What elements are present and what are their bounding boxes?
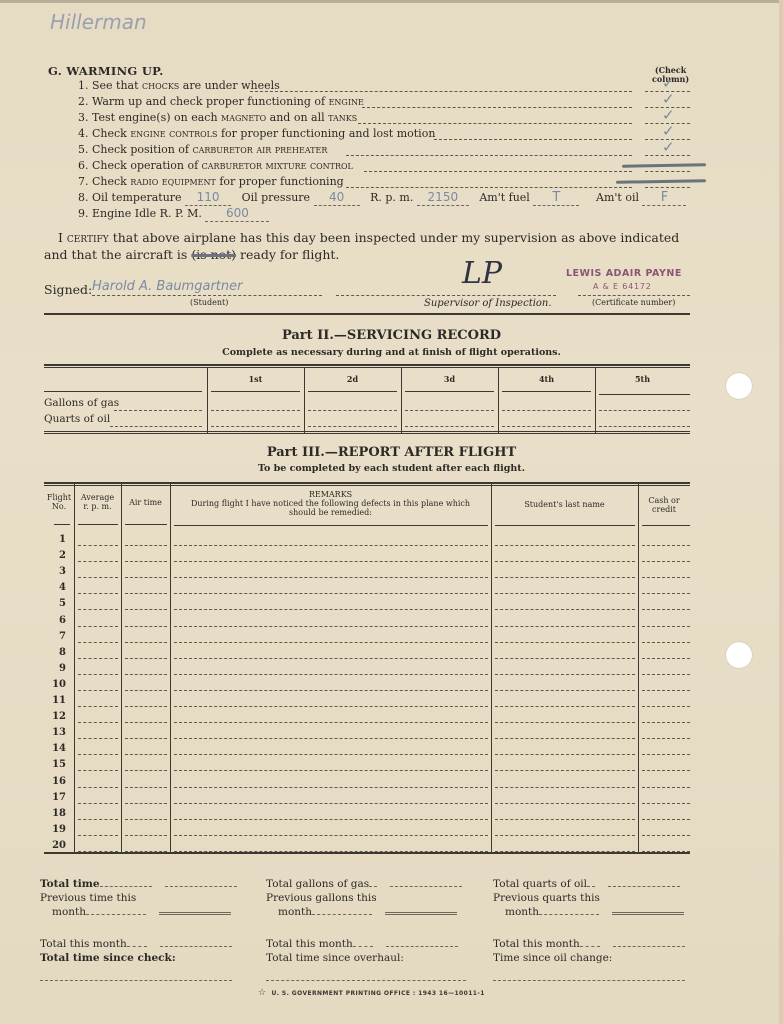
- remarks-field[interactable]: [174, 738, 488, 739]
- student-name-field[interactable]: [495, 787, 635, 788]
- supervisor-signature-line: [336, 295, 556, 296]
- student-caption: (Student): [190, 298, 228, 307]
- remarks-field[interactable]: [174, 835, 488, 836]
- remarks-title: REMARKS: [170, 490, 491, 499]
- student-name-field[interactable]: [495, 770, 635, 771]
- total-oil-label: Total quarts of oil: [493, 878, 587, 890]
- item-text: Check position of: [92, 143, 193, 156]
- total-time-field[interactable]: [165, 886, 237, 887]
- cash-credit-field[interactable]: [642, 690, 690, 691]
- remarks-field[interactable]: [174, 819, 488, 820]
- avg-rpm-field[interactable]: [78, 706, 118, 707]
- header-line: Flight: [44, 493, 74, 502]
- avg-rpm-field[interactable]: [78, 609, 118, 610]
- remarks-field[interactable]: [174, 561, 488, 562]
- header-underline: [495, 525, 635, 526]
- leader: [312, 914, 372, 915]
- footer-text: U. S. GOVERNMENT PRINTING OFFICE : 1943 …: [271, 990, 484, 997]
- item-number: 3.: [78, 111, 89, 124]
- column-header-1st: 1st: [207, 374, 304, 384]
- total-gas-field[interactable]: [390, 886, 462, 887]
- idle-rpm-field[interactable]: 600: [205, 206, 269, 222]
- oil-3d-field[interactable]: [405, 426, 494, 427]
- item-number: 9.: [78, 207, 89, 220]
- checklist-item-4: 4. Check engine controls for proper func…: [78, 126, 435, 141]
- certify-keyword: certify: [67, 230, 109, 245]
- idle-rpm-label: Engine Idle R. P. M.: [92, 207, 202, 220]
- previous-gas-field[interactable]: [385, 912, 457, 915]
- certificate-caption: (Certificate number): [592, 298, 675, 307]
- cash-credit-field[interactable]: [642, 738, 690, 739]
- leader: [369, 886, 377, 887]
- avg-rpm-field[interactable]: [78, 626, 118, 627]
- totals-time-group: Total time Previous time this month Tota…: [40, 877, 237, 985]
- avg-rpm-field[interactable]: [78, 754, 118, 755]
- item-number: 6.: [78, 159, 89, 172]
- servicing-record-title: Part II.—SERVICING RECORD: [0, 328, 783, 343]
- header-underline: [125, 524, 167, 525]
- air-time-field[interactable]: [125, 609, 167, 610]
- time-since-check-field[interactable]: [40, 980, 232, 981]
- checklist-item-6: 6. Check operation of carburetor mixture…: [78, 158, 353, 173]
- cash-credit-field[interactable]: [642, 642, 690, 643]
- col-divider: [74, 484, 75, 852]
- cash-credit-field[interactable]: [642, 835, 690, 836]
- checklist-item-2: 2. Warm up and check proper functioning …: [78, 94, 364, 109]
- student-name-field[interactable]: [495, 577, 635, 578]
- oil-5th-field[interactable]: [599, 426, 690, 427]
- remarks-field[interactable]: [174, 722, 488, 723]
- leader: [86, 914, 146, 915]
- header-line: Cash or: [638, 496, 690, 505]
- item-number: 4.: [78, 127, 89, 140]
- remarks-field[interactable]: [174, 803, 488, 804]
- student-name-field[interactable]: [495, 626, 635, 627]
- certification-statement: I certify that above airplane has this d…: [44, 229, 704, 263]
- item-number: 8.: [78, 191, 89, 204]
- leader: [539, 914, 599, 915]
- flight-number: 1: [44, 534, 66, 545]
- air-time-field[interactable]: [125, 593, 167, 594]
- air-time-field[interactable]: [125, 835, 167, 836]
- star-icon: ☆: [258, 988, 266, 998]
- leader: [127, 946, 147, 947]
- oil-amount-field[interactable]: F: [642, 190, 686, 206]
- report-after-flight-title: Part III.—REPORT AFTER FLIGHT: [0, 445, 783, 460]
- cash-credit-field[interactable]: [642, 770, 690, 771]
- item-number: 2.: [78, 95, 89, 108]
- struck-is-not: (is not): [191, 247, 236, 262]
- item-keyword: radio equipment: [130, 175, 215, 188]
- item-keyword: engine controls: [130, 127, 217, 140]
- checklist-item-9: 9. Engine Idle R. P. M. 600: [78, 206, 269, 221]
- previous-oil-field[interactable]: [612, 912, 684, 915]
- flight-number: 8: [44, 647, 66, 658]
- oil-2d-field[interactable]: [308, 426, 397, 427]
- remarks-field[interactable]: [174, 706, 488, 707]
- checklist-item-3: 3. Test engine(s) on each magneto and on…: [78, 110, 357, 125]
- leader: [100, 886, 152, 887]
- col-divider: [121, 484, 122, 852]
- cash-credit-field[interactable]: [642, 787, 690, 788]
- avg-rpm-field[interactable]: [78, 593, 118, 594]
- cash-credit-field[interactable]: [642, 674, 690, 675]
- strike-through-mark-7: [616, 179, 706, 184]
- signed-label: Signed:: [44, 282, 92, 297]
- avg-rpm-field[interactable]: [78, 642, 118, 643]
- flight-number: 12: [44, 711, 66, 722]
- header-underline: [211, 391, 300, 392]
- flight-number: 18: [44, 808, 66, 819]
- avg-rpm-field[interactable]: [78, 803, 118, 804]
- flight-number: 10: [44, 679, 66, 690]
- strike-through-mark-6: [622, 163, 706, 167]
- oil-temperature-label: Oil temperature: [92, 191, 182, 204]
- servicing-record-subtitle: Complete as necessary during and at fini…: [0, 347, 783, 358]
- student-name-field[interactable]: [495, 690, 635, 691]
- avg-rpm-field[interactable]: [78, 770, 118, 771]
- remarks-line1: During flight I have noticed the followi…: [170, 499, 491, 508]
- previous-time-field[interactable]: [159, 912, 231, 915]
- flight-number: 16: [44, 776, 66, 787]
- cash-credit-field[interactable]: [642, 577, 690, 578]
- supervisor-initials[interactable]: LP: [462, 256, 502, 291]
- remarks-line2: should be remedied:: [170, 508, 491, 517]
- time-since-overhaul-field[interactable]: [266, 980, 466, 981]
- flight-number: 3: [44, 566, 66, 577]
- avg-rpm-field[interactable]: [78, 738, 118, 739]
- section-divider: [44, 313, 690, 315]
- remarks-field[interactable]: [174, 642, 488, 643]
- certify-text-2: and that the aircraft is: [44, 247, 191, 262]
- cash-credit-field[interactable]: [642, 658, 690, 659]
- oil-total-this-month-label: Total this month: [493, 938, 580, 950]
- certify-text-end: that above airplane has this day been in…: [109, 230, 680, 245]
- check-field-6[interactable]: [645, 171, 690, 172]
- column-header-2d: 2d: [304, 374, 401, 384]
- paper-top-edge: [0, 0, 783, 3]
- item-number: 1.: [78, 79, 89, 92]
- table-top-rule: [44, 482, 690, 484]
- student-name-field[interactable]: [495, 819, 635, 820]
- previous-oil-label-2: month: [505, 906, 539, 918]
- air-time-field[interactable]: [125, 690, 167, 691]
- header-underline: [599, 394, 690, 395]
- student-name-field[interactable]: [495, 706, 635, 707]
- check-field-7[interactable]: [645, 187, 690, 188]
- item-keyword: magneto: [221, 111, 266, 124]
- row-label-gallons-of-gas: Gallons of gas: [44, 397, 119, 409]
- air-time-field[interactable]: [125, 738, 167, 739]
- total-gas-label: Total gallons of gas: [266, 878, 369, 890]
- remarks-field[interactable]: [174, 545, 488, 546]
- section-title-warming-up: G. WARMING UP.: [48, 64, 164, 78]
- leader-line-6: [364, 171, 632, 172]
- row-label-quarts-of-oil: Quarts of oil: [44, 413, 110, 425]
- cash-credit-field[interactable]: [642, 626, 690, 627]
- cash-credit-field[interactable]: [642, 754, 690, 755]
- student-name-field[interactable]: [495, 642, 635, 643]
- item-text-end: for proper functioning and lost motion: [217, 127, 435, 140]
- header-underline: [308, 391, 397, 392]
- checkmark-5: ✓: [662, 138, 675, 156]
- avg-rpm-field[interactable]: [78, 577, 118, 578]
- printing-office-footer: ☆ U. S. GOVERNMENT PRINTING OFFICE : 194…: [258, 988, 485, 998]
- gas-total-this-month-label: Total this month: [266, 938, 353, 950]
- checklist-item-7: 7. Check radio equipment for proper func…: [78, 174, 344, 189]
- leader: [580, 946, 600, 947]
- cash-credit-field[interactable]: [642, 561, 690, 562]
- time-total-this-month-label: Total this month: [40, 938, 127, 950]
- total-oil-field[interactable]: [608, 886, 680, 887]
- item-text: Check: [92, 127, 130, 140]
- avg-rpm-field[interactable]: [78, 835, 118, 836]
- gas-4th-field[interactable]: [502, 410, 591, 411]
- student-name-field[interactable]: [495, 593, 635, 594]
- previous-gas-label: Previous gallons this: [266, 891, 466, 905]
- item-keyword: carburetor mixture control: [202, 159, 353, 172]
- cash-credit-field[interactable]: [642, 819, 690, 820]
- student-name-field[interactable]: [495, 754, 635, 755]
- cash-credit-field[interactable]: [642, 593, 690, 594]
- leader: [353, 946, 373, 947]
- avg-rpm-field[interactable]: [78, 545, 118, 546]
- remarks-field[interactable]: [174, 577, 488, 578]
- flight-number: 9: [44, 663, 66, 674]
- item-keyword: engine: [329, 95, 364, 108]
- table-top-rule-2: [44, 485, 690, 486]
- air-time-field[interactable]: [125, 545, 167, 546]
- item-number: 7.: [78, 175, 89, 188]
- remarks-field[interactable]: [174, 674, 488, 675]
- cash-credit-field[interactable]: [642, 722, 690, 723]
- student-name-field[interactable]: [495, 658, 635, 659]
- header-underline: [174, 525, 488, 526]
- header-underline: [44, 391, 202, 392]
- flight-number: 17: [44, 792, 66, 803]
- avg-rpm-field[interactable]: [78, 787, 118, 788]
- header-flight-no: Flight No.: [44, 493, 74, 511]
- header-average-rpm: Average r. p. m.: [74, 493, 121, 511]
- header-line: credit: [638, 505, 690, 514]
- air-time-field[interactable]: [125, 803, 167, 804]
- rpm-label: R. p. m.: [370, 191, 413, 204]
- remarks-field[interactable]: [174, 754, 488, 755]
- air-time-field[interactable]: [125, 561, 167, 562]
- avg-rpm-field[interactable]: [78, 690, 118, 691]
- certificate-number-line: [578, 295, 690, 296]
- oil-temperature-field[interactable]: 110: [185, 190, 231, 206]
- oil-4th-field[interactable]: [502, 426, 591, 427]
- student-signature[interactable]: Harold A. Baumgartner: [92, 279, 242, 294]
- flight-number: 5: [44, 598, 66, 609]
- avg-rpm-field[interactable]: [78, 561, 118, 562]
- col-divider: [638, 484, 639, 852]
- gas-1st-field[interactable]: [211, 410, 300, 411]
- leader-line-2: [362, 107, 632, 108]
- item-text: Check: [92, 175, 130, 188]
- column-header-3d: 3d: [401, 374, 498, 384]
- time-since-oil-change-label: Time since oil change:: [493, 952, 612, 964]
- inspector-stamp-certificate: A & E 64172: [593, 282, 652, 291]
- air-time-field[interactable]: [125, 787, 167, 788]
- student-name-field[interactable]: [495, 738, 635, 739]
- form-page: Hillerman G. WARMING UP. (Check column) …: [0, 0, 783, 1024]
- item-number: 5.: [78, 143, 89, 156]
- cash-credit-field[interactable]: [642, 545, 690, 546]
- oil-pressure-label: Oil pressure: [242, 191, 311, 204]
- previous-time-label-2: month: [52, 906, 86, 918]
- student-name-field[interactable]: [495, 674, 635, 675]
- leader-line-3: [358, 123, 632, 124]
- fuel-amount-field[interactable]: T: [533, 190, 579, 206]
- report-after-flight-subtitle: To be completed by each student after ea…: [0, 463, 783, 474]
- student-name-field[interactable]: [495, 803, 635, 804]
- flight-number: 19: [44, 824, 66, 835]
- oil-total-this-month-field[interactable]: [613, 946, 685, 947]
- air-time-field[interactable]: [125, 674, 167, 675]
- header-underline: [54, 524, 70, 525]
- header-air-time: Air time: [121, 498, 170, 507]
- cash-credit-field[interactable]: [642, 609, 690, 610]
- table-bottom-rule-2: [44, 433, 690, 434]
- punch-hole-bottom: [726, 642, 752, 668]
- supervisor-caption: Supervisor of Inspection.: [424, 298, 552, 309]
- column-header-4th: 4th: [498, 374, 595, 384]
- remarks-field[interactable]: [174, 609, 488, 610]
- column-header-5th: 5th: [595, 374, 690, 384]
- leader: [587, 886, 595, 887]
- remarks-field[interactable]: [174, 787, 488, 788]
- header-underline: [642, 525, 690, 526]
- student-name-field[interactable]: [495, 545, 635, 546]
- air-time-field[interactable]: [125, 642, 167, 643]
- student-name-field[interactable]: [495, 561, 635, 562]
- totals-gas-group: Total gallons of gas Previous gallons th…: [266, 877, 466, 985]
- header-cash-or-credit: Cash or credit: [638, 496, 690, 514]
- previous-oil-label: Previous quarts this: [493, 891, 685, 905]
- air-time-field[interactable]: [125, 819, 167, 820]
- flight-number: 11: [44, 695, 66, 706]
- time-since-oil-change-field[interactable]: [493, 980, 685, 981]
- paper-right-edge: [779, 0, 783, 1024]
- oil-pressure-field[interactable]: 40: [314, 190, 360, 206]
- gas-2d-field[interactable]: [308, 410, 397, 411]
- item-keyword: chocks: [142, 79, 179, 92]
- leader: [110, 426, 202, 427]
- previous-time-label: Previous time this: [40, 891, 237, 905]
- student-name-field[interactable]: [495, 609, 635, 610]
- leader-line-4: [434, 139, 632, 140]
- handwritten-name: Hillerman: [50, 10, 147, 34]
- header-line: r. p. m.: [74, 502, 121, 511]
- air-time-field[interactable]: [125, 577, 167, 578]
- header-underline: [405, 391, 494, 392]
- col-divider: [491, 484, 492, 852]
- flight-number: 4: [44, 582, 66, 593]
- air-time-field[interactable]: [125, 722, 167, 723]
- flight-number: 13: [44, 727, 66, 738]
- air-time-field[interactable]: [125, 658, 167, 659]
- oil-amount-group: Am't oil F: [596, 190, 686, 206]
- certify-line-2: and that the aircraft is (is not) ready …: [44, 246, 704, 263]
- remarks-field[interactable]: [174, 626, 488, 627]
- item-text-mid: and on all: [266, 111, 328, 124]
- avg-rpm-field[interactable]: [78, 819, 118, 820]
- header-line: No.: [44, 502, 74, 511]
- gas-3d-field[interactable]: [405, 410, 494, 411]
- item-text: Test engine(s) on each: [92, 111, 221, 124]
- punch-hole-top: [726, 373, 752, 399]
- inspector-stamp-name: LEWIS ADAIR PAYNE: [566, 268, 682, 279]
- item-text-end: for proper functioning: [216, 175, 344, 188]
- leader-line-5: [346, 155, 632, 156]
- col-divider: [170, 484, 171, 852]
- item-keyword-2: tanks: [328, 111, 357, 124]
- totals-oil-group: Total quarts of oil Previous quarts this…: [493, 877, 685, 985]
- remarks-field[interactable]: [174, 593, 488, 594]
- time-since-overhaul-label: Total time since overhaul:: [266, 952, 404, 964]
- remarks-field[interactable]: [174, 770, 488, 771]
- table-bottom-rule: [44, 852, 690, 854]
- air-time-field[interactable]: [125, 706, 167, 707]
- avg-rpm-field[interactable]: [78, 674, 118, 675]
- item-text: Warm up and check proper functioning of: [92, 95, 329, 108]
- item-text: See that: [92, 79, 142, 92]
- gas-total-this-month-field[interactable]: [386, 946, 458, 947]
- flight-number: 14: [44, 743, 66, 754]
- air-time-field[interactable]: [125, 770, 167, 771]
- total-time-label: Total time: [40, 878, 100, 890]
- table-bottom-rule: [44, 431, 690, 432]
- flight-number: 2: [44, 550, 66, 561]
- time-total-this-month-field[interactable]: [160, 946, 232, 947]
- cash-credit-field[interactable]: [642, 803, 690, 804]
- certify-line-1: I certify that above airplane has this d…: [44, 229, 704, 246]
- air-time-field[interactable]: [125, 626, 167, 627]
- oil-1st-field[interactable]: [211, 426, 300, 427]
- student-signature-line: [92, 295, 322, 296]
- gas-5th-field[interactable]: [599, 410, 690, 411]
- air-time-field[interactable]: [125, 754, 167, 755]
- cash-credit-field[interactable]: [642, 706, 690, 707]
- item-text: Check operation of: [92, 159, 202, 172]
- student-name-field[interactable]: [495, 835, 635, 836]
- header-underline: [502, 391, 591, 392]
- student-name-field[interactable]: [495, 722, 635, 723]
- flight-number: 6: [44, 615, 66, 626]
- table-top-rule: [44, 364, 690, 366]
- header-remarks: REMARKS During flight I have noticed the…: [170, 490, 491, 517]
- certify-text-2-end: ready for flight.: [236, 247, 339, 262]
- flight-number: 15: [44, 759, 66, 770]
- avg-rpm-field[interactable]: [78, 722, 118, 723]
- certify-text: I: [58, 230, 67, 245]
- fuel-amount-label: Am't fuel: [479, 191, 530, 204]
- header-underline: [78, 524, 118, 525]
- leader: [114, 410, 202, 411]
- remarks-field[interactable]: [174, 658, 488, 659]
- item-keyword: carburetor air preheater: [193, 143, 328, 156]
- remarks-field[interactable]: [174, 690, 488, 691]
- table-top-rule-2: [44, 367, 690, 368]
- oil-amount-label: Am't oil: [596, 191, 639, 204]
- header-line: Average: [74, 493, 121, 502]
- avg-rpm-field[interactable]: [78, 658, 118, 659]
- rpm-field[interactable]: 2150: [417, 190, 469, 206]
- checklist-item-5: 5. Check position of carburetor air preh…: [78, 142, 327, 157]
- report-after-flight-table: Flight No. Average r. p. m. Air time REM…: [44, 482, 690, 854]
